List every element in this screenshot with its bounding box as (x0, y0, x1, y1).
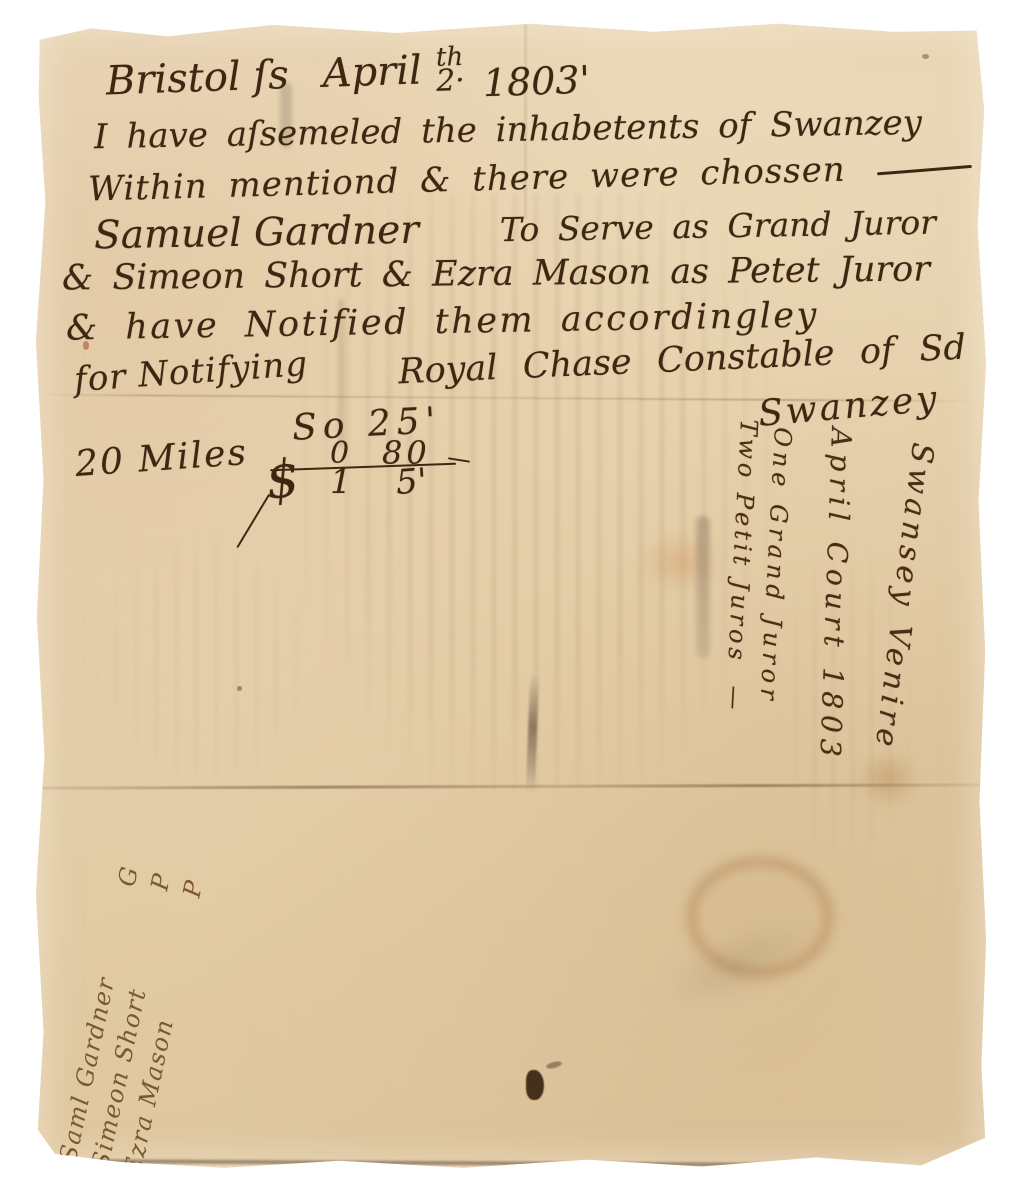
body-line-3: Samuel Gardner To Serve as Grand Juror (94, 199, 937, 259)
juror-list: Saml Gardner G Simeon Short P Ezra Mason… (52, 863, 212, 1179)
small-stain-right (856, 750, 920, 808)
handwriting-bleed-squiggle (696, 516, 710, 658)
mileage: 20 Miles (74, 432, 249, 485)
dateline-month: April (322, 47, 423, 96)
chosen-role: To Serve as Grand Juror (500, 203, 937, 250)
print-bleed-through-left (94, 528, 314, 798)
chosen-name: Samuel Gardner (94, 208, 420, 259)
ink-blot-bottom-tail (545, 1060, 562, 1070)
dateline-gap (288, 51, 322, 52)
chosen-dash (877, 164, 972, 174)
dateline-day-number: 2· (436, 68, 465, 94)
signature-town: Swanzey (757, 378, 942, 435)
small-speck-top-right (922, 54, 929, 59)
juror-mark: P (176, 876, 212, 900)
juror-mark: G (110, 863, 147, 890)
paper-sheet: Bristol ſs April th 2· 1803' I have aſse… (34, 18, 988, 1170)
fee-total-dollars: 1 (330, 462, 352, 502)
dateline-year: 1803' (482, 58, 591, 106)
body-line-4: & Simeon Short & Ezra Mason as Petet Jur… (62, 249, 930, 298)
fee-label: for Notifying (73, 344, 309, 400)
docket-petit-dash: — (720, 685, 749, 714)
juror-mark: P (143, 869, 179, 893)
small-speck-center (237, 686, 242, 691)
dateline: Bristol ſs April th 2· 1803' (105, 42, 591, 119)
scanned-document: Bristol ſs April th 2· 1803' I have aſse… (0, 0, 1014, 1200)
ink-blot-bottom (526, 1070, 544, 1100)
dateline-gap3 (464, 45, 482, 46)
fee-total-cents: 5' (395, 461, 429, 503)
bottom-edge-shadow (46, 1159, 836, 1167)
fee-total-symbol: $ (263, 448, 302, 511)
dateline-place: Bristol ſs (105, 52, 289, 104)
dateline-day-stack: th 2· (435, 46, 465, 95)
